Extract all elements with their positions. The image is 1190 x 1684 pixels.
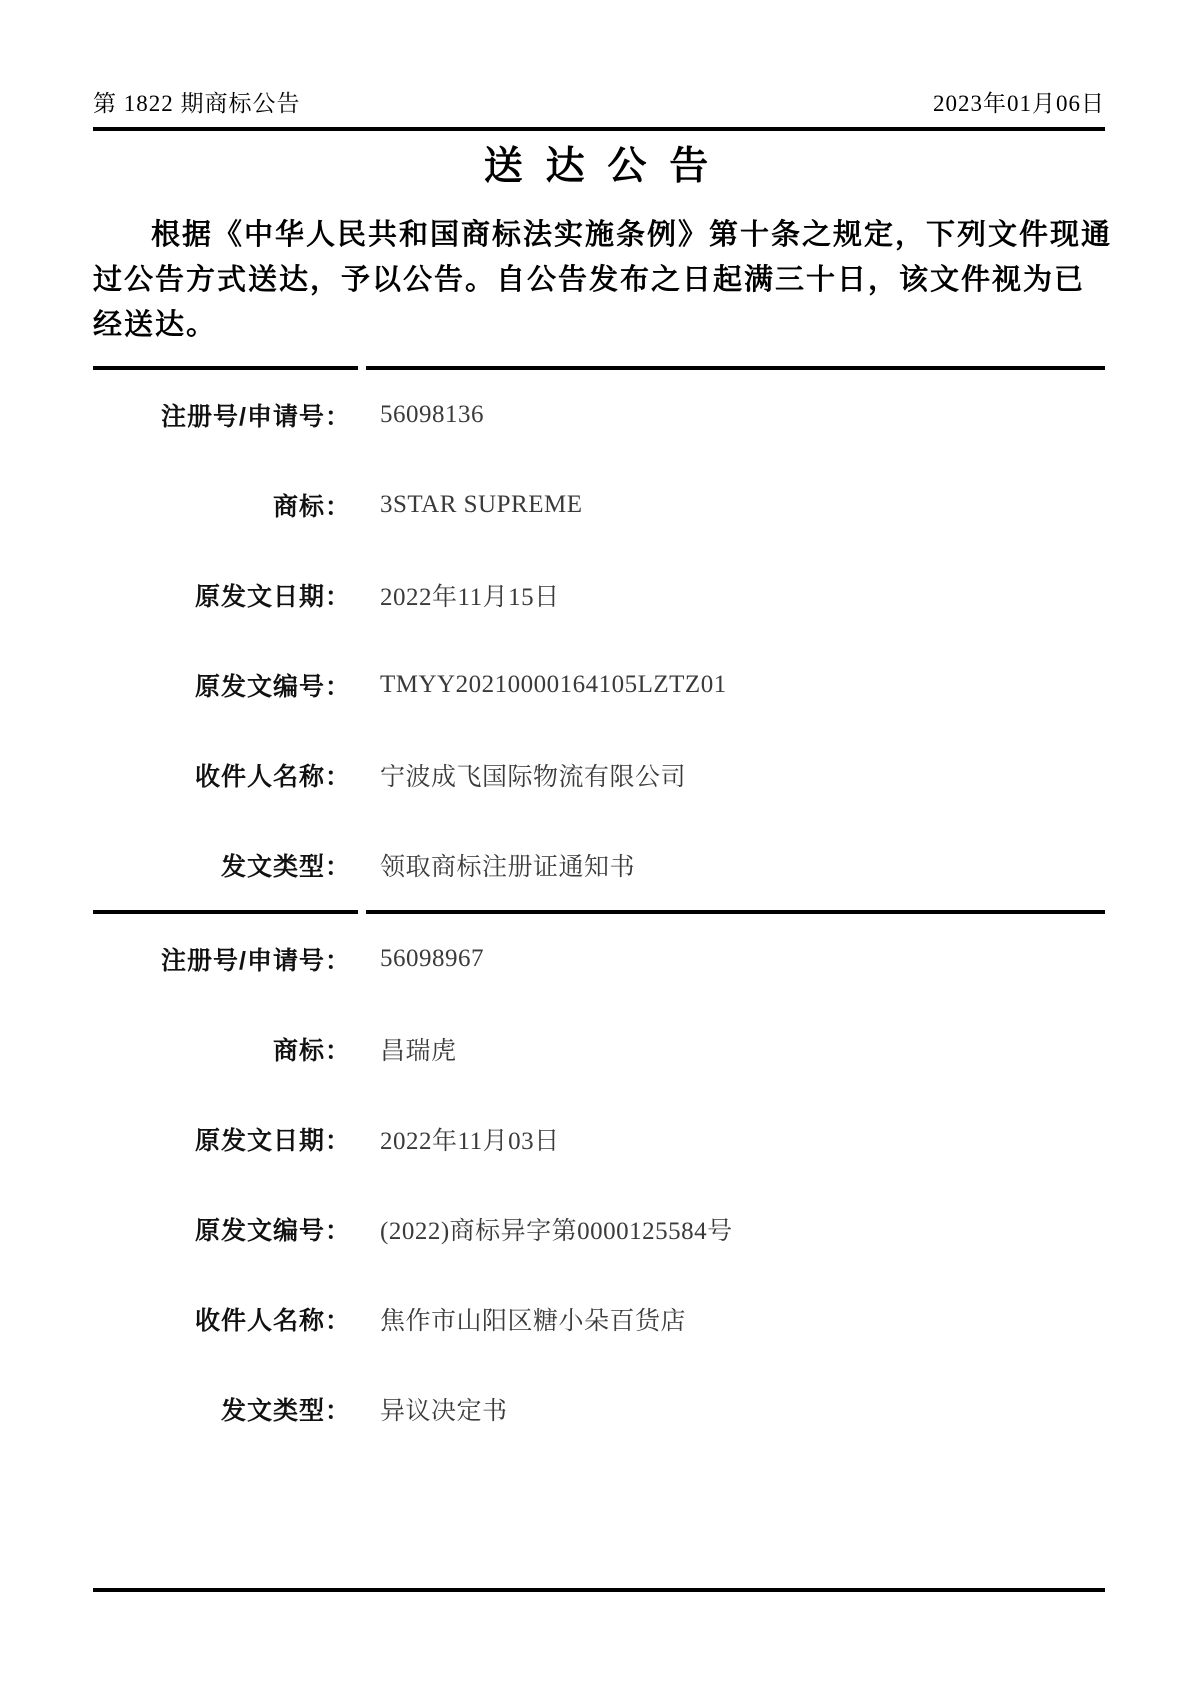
record-row: 注册号/申请号： 56098967 [93,914,1105,1004]
row-value: 3STAR SUPREME [380,491,582,519]
record-row: 注册号/申请号： 56098136 [93,370,1105,460]
row-label: 发文类型： [93,1391,351,1427]
row-value: 焦作市山阳区糖小朵百货店 [380,1301,686,1337]
divider-segment [93,910,358,914]
row-value: 异议决定书 [380,1391,508,1427]
row-label: 注册号/申请号： [93,397,351,433]
row-label: 收件人名称： [93,1301,351,1337]
row-value: 56098967 [380,945,484,973]
gazette-page: 第 1822 期商标公告 2023年01月06日 送 达 公 告 根据《中华人民… [0,0,1190,1684]
record-divider [93,910,1105,914]
intro-line: 根据《中华人民共和国商标法实施条例》第十条之规定，下列文件现通 [93,213,1105,258]
intro-line: 经送达。 [93,303,1105,348]
page-content: 第 1822 期商标公告 2023年01月06日 送 达 公 告 根据《中华人民… [93,0,1105,1592]
gazette-issue-label: 第 1822 期商标公告 [93,88,301,120]
row-label: 原发文编号： [93,667,351,703]
row-label: 发文类型： [93,847,351,883]
record-row: 原发文编号： TMYY20210000164105LZTZ01 [93,640,1105,730]
row-label: 收件人名称： [93,757,351,793]
row-value: 56098136 [380,401,484,429]
bottom-rule [93,1588,1105,1592]
record-row: 收件人名称： 焦作市山阳区糖小朵百货店 [93,1274,1105,1364]
page-title: 送 达 公 告 [93,143,1105,191]
record-row: 原发文日期： 2022年11月03日 [93,1094,1105,1184]
row-label: 商标： [93,487,351,523]
record-row: 原发文编号： (2022)商标异字第0000125584号 [93,1184,1105,1274]
row-value: 领取商标注册证通知书 [380,847,635,883]
record-block: 注册号/申请号： 56098967 商标： 昌瑞虎 原发文日期： 2022年11… [93,914,1105,1454]
row-value: (2022)商标异字第0000125584号 [380,1211,733,1247]
row-label: 原发文日期： [93,1121,351,1157]
intro-line: 过公告方式送达，予以公告。自公告发布之日起满三十日，该文件视为已 [93,258,1105,303]
record-row: 商标： 3STAR SUPREME [93,460,1105,550]
intro-paragraph: 根据《中华人民共和国商标法实施条例》第十条之规定，下列文件现通 过公告方式送达，… [93,213,1105,348]
row-value: 昌瑞虎 [380,1031,457,1067]
row-value: 2022年11月03日 [380,1121,560,1157]
header-rule [93,127,1105,131]
record-row: 发文类型： 异议决定书 [93,1364,1105,1454]
gazette-date: 2023年01月06日 [933,88,1105,120]
row-label: 原发文日期： [93,577,351,613]
page-header: 第 1822 期商标公告 2023年01月06日 [93,0,1105,120]
record-block: 注册号/申请号： 56098136 商标： 3STAR SUPREME 原发文日… [93,370,1105,910]
record-divider [93,366,1105,370]
record-row: 发文类型： 领取商标注册证通知书 [93,820,1105,910]
record-row: 原发文日期： 2022年11月15日 [93,550,1105,640]
row-value: 宁波成飞国际物流有限公司 [380,757,686,793]
row-label: 原发文编号： [93,1211,351,1247]
record-row: 收件人名称： 宁波成飞国际物流有限公司 [93,730,1105,820]
row-label: 注册号/申请号： [93,941,351,977]
record-row: 商标： 昌瑞虎 [93,1004,1105,1094]
row-value: TMYY20210000164105LZTZ01 [380,671,727,699]
row-value: 2022年11月15日 [380,577,560,613]
row-label: 商标： [93,1031,351,1067]
divider-segment [93,366,358,370]
divider-segment [366,366,1105,370]
divider-segment [366,910,1105,914]
